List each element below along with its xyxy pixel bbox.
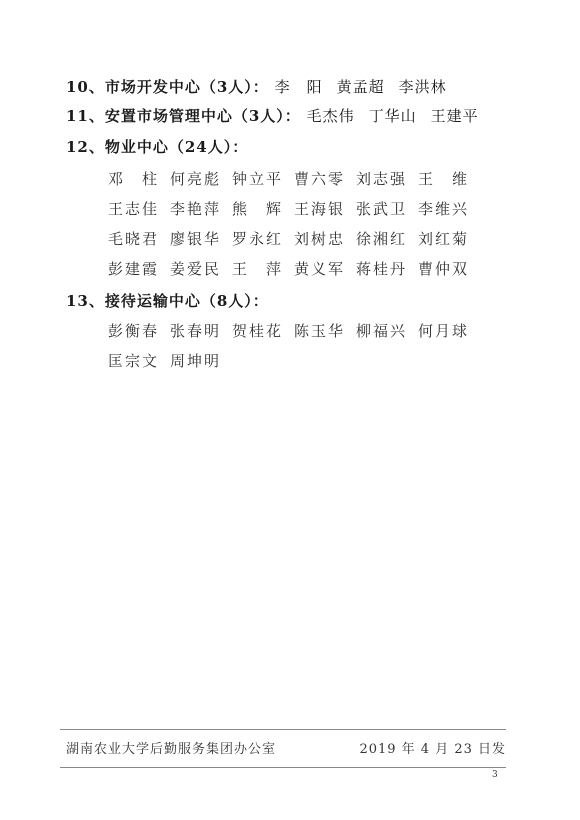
- person-name: 毛晓君: [108, 228, 170, 249]
- person-name: 罗永红: [232, 228, 294, 249]
- person-name: 刘树忠: [294, 228, 356, 249]
- name-row: 王志佳李艳萍熊 辉王海银张武卫李维兴: [108, 198, 480, 219]
- person-name: 何亮彪: [170, 168, 232, 189]
- person-name: 邓 柱: [108, 168, 170, 189]
- issuer-office: 湖南农业大学后勤服务集团办公室: [66, 738, 276, 757]
- person-name: 张春明: [170, 320, 232, 341]
- name-row: 邓 柱何亮彪钟立平曹六零刘志强王 维: [108, 168, 480, 189]
- name-row: 匡宗文周坤明: [108, 350, 232, 371]
- person-name: 何月球: [418, 320, 480, 341]
- footer-top-rule: [60, 729, 506, 730]
- person-name: 蒋桂丹: [356, 258, 418, 279]
- page-number: 3: [492, 770, 498, 780]
- name-row: 彭建霞姜爱民王 萍黄义军蒋桂丹曹仲双: [108, 258, 480, 279]
- section-heading-11: 11、安置市场管理中心（3人）： 毛杰伟丁华山王建平: [66, 105, 493, 126]
- person-name: 贺桂花: [232, 320, 294, 341]
- name-row: 彭衡春张春明贺桂花陈玉华柳福兴何月球: [108, 320, 480, 341]
- person-name: 周坤明: [170, 350, 232, 371]
- person-name: 彭建霞: [108, 258, 170, 279]
- person-name: 丁华山: [369, 107, 417, 125]
- section-heading-12: 12、物业中心（24人）：: [66, 136, 248, 157]
- person-name: 黄义军: [294, 258, 356, 279]
- person-name: 王 维: [418, 168, 480, 189]
- person-name: 刘红菊: [418, 228, 480, 249]
- section-heading-10: 10、市场开发中心（3人）： 李 阳黄孟超李洪林: [66, 76, 461, 97]
- section-label: 11、安置市场管理中心（3人）：: [66, 107, 301, 125]
- person-name: 李洪林: [399, 78, 447, 96]
- person-name: 陈玉华: [294, 320, 356, 341]
- person-name: 李维兴: [418, 198, 480, 219]
- person-name: 王志佳: [108, 198, 170, 219]
- section-label: 10、市场开发中心（3人）：: [66, 78, 269, 96]
- person-name: 刘志强: [356, 168, 418, 189]
- person-name: 张武卫: [356, 198, 418, 219]
- person-name: 钟立平: [232, 168, 294, 189]
- person-name: 曹仲双: [418, 258, 480, 279]
- person-name: 廖银华: [170, 228, 232, 249]
- section-heading-13: 13、接待运输中心（8人）：: [66, 290, 269, 311]
- person-name: 熊 辉: [232, 198, 294, 219]
- section-label: 13、接待运输中心（8人）：: [66, 292, 269, 310]
- person-name: 柳福兴: [356, 320, 418, 341]
- person-name: 彭衡春: [108, 320, 170, 341]
- person-name: 李 阳: [275, 78, 323, 96]
- issue-date: 2019 年 4 月 23 日发: [359, 738, 506, 757]
- section-label: 12、物业中心（24人）：: [66, 138, 248, 156]
- person-name: 王建平: [431, 107, 479, 125]
- person-name: 黄孟超: [337, 78, 385, 96]
- person-name: 李艳萍: [170, 198, 232, 219]
- person-name: 徐湘红: [356, 228, 418, 249]
- person-name: 曹六零: [294, 168, 356, 189]
- footer-bottom-rule: [60, 767, 506, 768]
- person-name: 姜爱民: [170, 258, 232, 279]
- person-name: 毛杰伟: [307, 107, 355, 125]
- person-name: 王 萍: [232, 258, 294, 279]
- person-name: 王海银: [294, 198, 356, 219]
- name-row: 毛晓君廖银华罗永红刘树忠徐湘红刘红菊: [108, 228, 480, 249]
- person-name: 匡宗文: [108, 350, 170, 371]
